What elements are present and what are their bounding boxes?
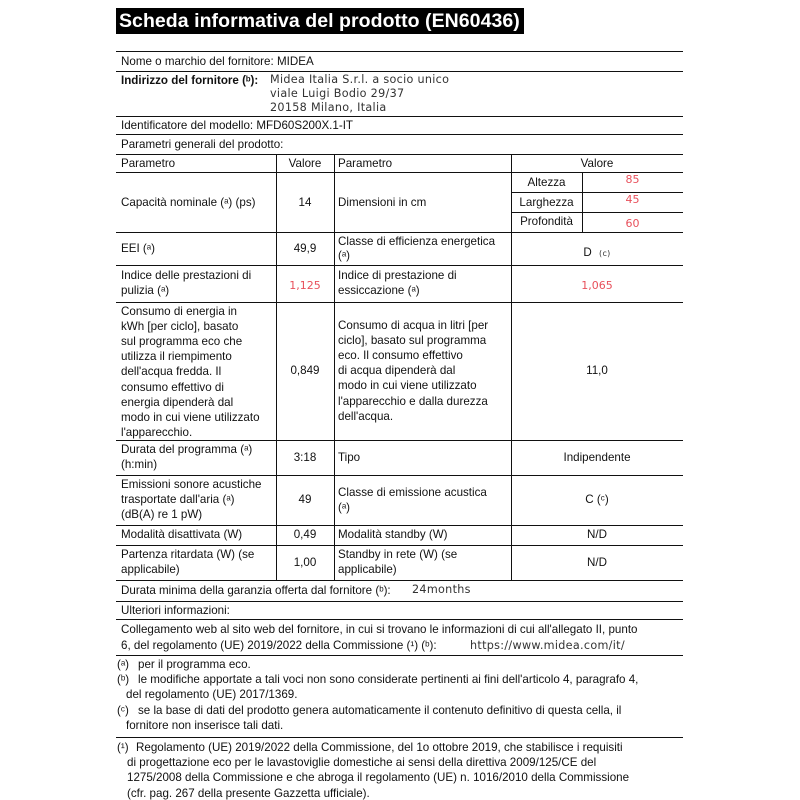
footnote-text: fornitore non inserisce tali dati.: [126, 719, 283, 733]
water-consumption-line: eco. Il consumo effettivo: [338, 349, 463, 363]
rule: [116, 525, 683, 526]
drying-index-value: 1,065: [511, 279, 683, 293]
footnote-text: le modifiche apportate a tali voci non s…: [138, 673, 638, 687]
delay-start-value: 1,00: [276, 556, 334, 570]
noise-label-2: trasportate dall'aria (ᵃ): [121, 493, 235, 507]
rule: [511, 212, 683, 213]
supplier-name-label: Nome o marchio del fornitore:: [121, 55, 274, 68]
noise-class-value: C (ᶜ): [511, 493, 683, 507]
rule: [116, 116, 683, 117]
rule: [116, 619, 683, 620]
regulation-text: di progettazione eco per le lavastovigli…: [127, 756, 596, 770]
rule: [116, 655, 683, 656]
rule: [116, 51, 683, 52]
footnote-mark: (ᶜ): [117, 704, 129, 718]
regulation-text: 1275/2008 della Commissione e che abroga…: [127, 771, 629, 785]
noise-label-1: Emissioni sonore acustiche: [121, 478, 261, 492]
energy-consumption-line: consumo effettivo di: [121, 381, 224, 395]
regulation-text: (cfr. pag. 267 della presente Gazzetta u…: [127, 787, 370, 800]
rule: [116, 154, 683, 155]
depth-value: 60: [582, 217, 683, 231]
type-value: Indipendente: [511, 451, 683, 465]
capacity-label: Capacità nominale (ᵃ) (ps): [121, 196, 255, 210]
rule: [116, 475, 683, 476]
network-standby-label-2: applicabile): [338, 563, 397, 577]
energy-consumption-value: 0,849: [276, 364, 334, 378]
network-standby-label-1: Standby in rete (W) (se: [338, 548, 457, 562]
web-link-text-2: 6, del regolamento (UE) 2019/2022 della …: [121, 639, 437, 653]
standby-value: N/D: [511, 528, 683, 542]
header-parametro-1: Parametro: [121, 157, 175, 171]
cleaning-index-label-1: Indice delle prestazioni di: [121, 269, 251, 283]
energy-consumption-line: Consumo di energia in: [121, 305, 237, 319]
water-consumption-line: l'apparecchio e dalla durezza: [338, 395, 488, 409]
standby-label: Modalità standby (W): [338, 528, 448, 542]
model-row: Identificatore del modello: MFD60S200X.1…: [121, 119, 353, 133]
rule: [116, 601, 683, 602]
supplier-name-row: Nome o marchio del fornitore: MIDEA: [121, 55, 314, 69]
regulation-mark: (¹): [117, 741, 129, 755]
footnote-text: se la base di dati del prodotto genera a…: [138, 704, 621, 718]
general-params-heading: Parametri generali del prodotto:: [121, 138, 283, 152]
duration-label-1: Durata del programma (ᵃ): [121, 443, 252, 457]
off-mode-value: 0,49: [276, 528, 334, 542]
model-label: Identificatore del modello:: [121, 119, 253, 132]
header-parametro-2: Parametro: [338, 157, 392, 171]
energy-consumption-line: sul programma eco che: [121, 335, 242, 349]
drying-index-label-1: Indice di prestazione di: [338, 269, 457, 283]
rule: [116, 737, 683, 738]
water-consumption-line: Consumo di acqua in litri [per: [338, 319, 488, 333]
warranty-label: Durata minima della garanzia offerta dal…: [121, 584, 391, 598]
duration-value: 3:18: [276, 451, 334, 465]
additional-info-heading: Ulteriori informazioni:: [121, 604, 230, 618]
height-label: Altezza: [511, 176, 582, 190]
warranty-value: 24months: [412, 583, 471, 597]
capacity-value: 14: [276, 196, 334, 210]
water-consumption-line: di acqua dipenderà dal: [338, 364, 455, 378]
energy-consumption-line: utilizza il riempimento: [121, 350, 232, 364]
supplier-address-line: viale Luigi Bodio 29/37: [270, 87, 404, 101]
supplier-address-label: Indirizzo del fornitore (ᵇ):: [121, 74, 258, 88]
regulation-text: Regolamento (UE) 2019/2022 della Commiss…: [136, 741, 623, 755]
supplier-address-line: 20158 Milano, Italia: [270, 101, 387, 115]
header-valore-2: Valore: [511, 157, 683, 171]
web-link-text-1: Collegamento web al sito web del fornito…: [121, 623, 637, 637]
water-consumption-value: 11,0: [511, 364, 683, 378]
rule: [116, 440, 683, 441]
delay-start-label-2: applicabile): [121, 563, 180, 577]
rule: [116, 232, 683, 233]
eei-label: EEI (ᵃ): [121, 242, 155, 256]
model-value: MFD60S200X.1-IT: [256, 119, 353, 132]
energy-consumption-line: dell'acqua fredda. Il: [121, 365, 221, 379]
cleaning-index-label-2: pulizia (ᵃ): [121, 284, 169, 298]
cleaning-index-value: 1,125: [276, 279, 334, 293]
energy-consumption-line: l'apparecchio.: [121, 426, 192, 440]
noise-class-label-1: Classe di emissione acustica: [338, 486, 487, 500]
water-consumption-line: modo in cui viene utilizzato: [338, 379, 477, 393]
depth-label: Profondità: [511, 215, 582, 229]
rule: [116, 580, 683, 581]
footnote-mark: (ᵃ): [117, 658, 129, 672]
width-value: 45: [582, 193, 683, 207]
rule: [116, 545, 683, 546]
drying-index-label-2: essiccazione (ᵃ): [338, 284, 420, 298]
supplier-name-value: MIDEA: [277, 55, 314, 68]
footnote-text: per il programma eco.: [138, 658, 251, 672]
supplier-website-link[interactable]: https://www.midea.com/it/: [470, 639, 625, 653]
energy-class-label-2: (ᵃ): [338, 249, 350, 263]
energy-class-letter: D: [583, 246, 591, 259]
energy-consumption-line: energia dipenderà dal: [121, 396, 233, 410]
document-title: Scheda informativa del prodotto (EN60436…: [116, 8, 524, 34]
rule: [116, 302, 683, 303]
energy-class-label-1: Classe di efficienza energetica: [338, 235, 495, 249]
footnote-mark: (ᵇ): [117, 673, 129, 687]
water-consumption-line: dell'acqua.: [338, 410, 393, 424]
duration-label-2: (h:min): [121, 458, 157, 472]
supplier-address-line: Midea Italia S.r.l. a socio unico: [270, 73, 449, 87]
col-divider: [334, 154, 335, 580]
height-value: 85: [582, 173, 683, 187]
header-valore-1: Valore: [276, 157, 334, 171]
energy-class-note: (c): [599, 249, 611, 258]
eei-value: 49,9: [276, 242, 334, 256]
energy-consumption-line: kWh [per ciclo], basato: [121, 320, 238, 334]
off-mode-label: Modalità disattivata (W): [121, 528, 242, 542]
noise-label-3: (dB(A) re 1 pW): [121, 508, 202, 522]
rule: [116, 71, 683, 72]
rule: [116, 265, 683, 266]
width-label: Larghezza: [511, 196, 582, 210]
noise-class-label-2: (ᵃ): [338, 501, 350, 515]
rule: [116, 134, 683, 135]
type-label: Tipo: [338, 451, 360, 465]
energy-consumption-line: modo in cui viene utilizzato: [121, 411, 260, 425]
noise-value: 49: [276, 493, 334, 507]
network-standby-value: N/D: [511, 556, 683, 570]
energy-class-value: D (c): [511, 246, 683, 261]
water-consumption-line: ciclo], basato sul programma: [338, 334, 486, 348]
delay-start-label-1: Partenza ritardata (W) (se: [121, 548, 254, 562]
footnote-text: del regolamento (UE) 2017/1369.: [126, 688, 297, 702]
dimensions-label: Dimensioni in cm: [338, 196, 426, 210]
